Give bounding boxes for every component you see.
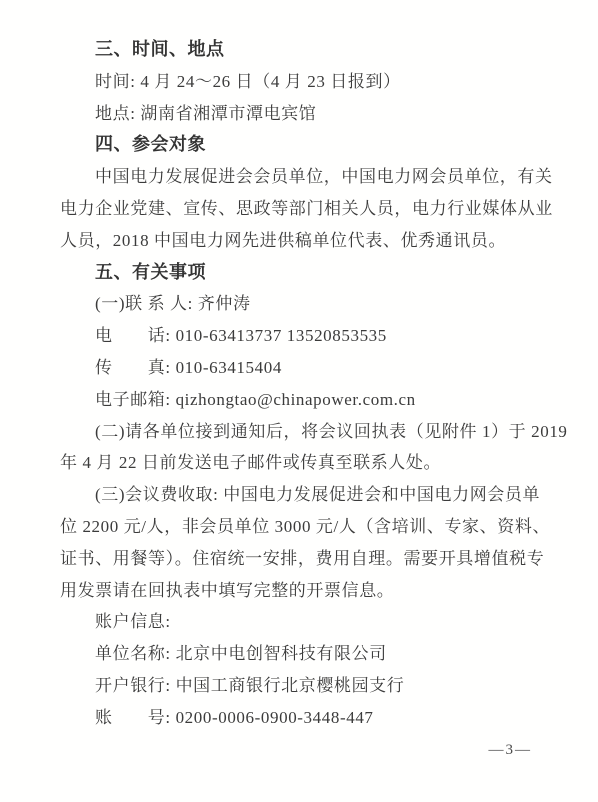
- document-body: 三、时间、地点 时间: 4 月 24～26 日（4 月 23 日报到） 地点: …: [60, 34, 544, 734]
- line-company-name: 单位名称: 北京中电创智科技有限公司: [60, 638, 544, 670]
- document-page: 三、时间、地点 时间: 4 月 24～26 日（4 月 23 日报到） 地点: …: [0, 0, 598, 802]
- line-email: 电子邮箱: qizhongtao@chinapower.com.cn: [60, 384, 544, 416]
- para-reply-line-1: (二)请各单位接到通知后，将会议回执表（见附件 1）于 2019: [60, 416, 544, 448]
- section-heading-time-location: 三、时间、地点: [60, 34, 544, 66]
- para-attendees-line-1: 中国电力发展促进会会员单位，中国电力网会员单位，有关: [60, 161, 544, 193]
- para-attendees-line-2: 电力企业党建、宣传、思政等部门相关人员，电力行业媒体从业: [60, 193, 544, 225]
- para-fee-line-3: 证书、用餐等）。住宿统一安排，费用自理。需要开具增值税专: [60, 543, 544, 575]
- page-number: —3—: [489, 742, 533, 759]
- line-account-number: 账 号: 0200-0006-0900-3448-447: [60, 702, 544, 734]
- line-account-info: 账户信息:: [60, 606, 544, 638]
- line-location: 地点: 湖南省湘潭市潭电宾馆: [60, 98, 544, 130]
- para-attendees-line-3: 人员，2018 中国电力网先进供稿单位代表、优秀通讯员。: [60, 225, 544, 257]
- line-phone: 电 话: 010-63413737 13520853535: [60, 320, 544, 352]
- section-heading-attendees: 四、参会对象: [60, 129, 544, 161]
- line-bank: 开户银行: 中国工商银行北京樱桃园支行: [60, 670, 544, 702]
- line-time: 时间: 4 月 24～26 日（4 月 23 日报到）: [60, 66, 544, 98]
- line-contact-person: (一)联 系 人: 齐仲涛: [60, 288, 544, 320]
- para-fee-line-1: (三)会议费收取: 中国电力发展促进会和中国电力网会员单: [60, 479, 544, 511]
- line-fax: 传 真: 010-63415404: [60, 352, 544, 384]
- section-heading-matters: 五、有关事项: [60, 257, 544, 289]
- para-reply-line-2: 年 4 月 22 日前发送电子邮件或传真至联系人处。: [60, 447, 544, 479]
- para-fee-line-2: 位 2200 元/人，非会员单位 3000 元/人（含培训、专家、资料、: [60, 511, 544, 543]
- para-fee-line-4: 用发票请在回执表中填写完整的开票信息。: [60, 575, 544, 607]
